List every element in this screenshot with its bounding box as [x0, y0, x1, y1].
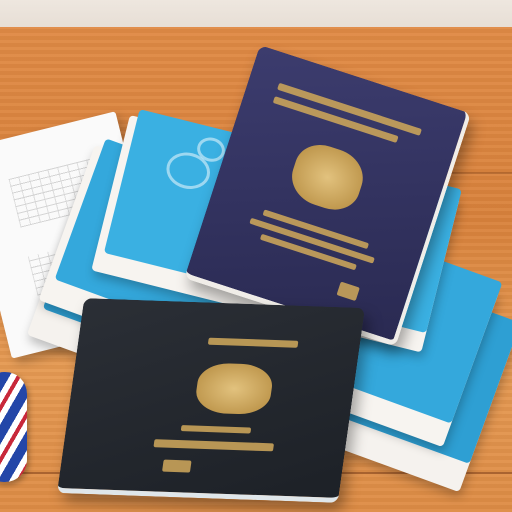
wall [0, 0, 512, 28]
photo-scene [0, 0, 512, 512]
coat-of-arms-icon [285, 138, 370, 217]
cover-lettering [153, 439, 274, 451]
coat-of-arms-icon [193, 362, 275, 415]
biometric-chip-icon [337, 282, 360, 301]
black-passport [57, 298, 365, 503]
biometric-chip-icon [162, 460, 192, 473]
cover-lettering [181, 425, 252, 433]
cover-lettering [208, 338, 299, 348]
union-jack-item [0, 372, 27, 482]
